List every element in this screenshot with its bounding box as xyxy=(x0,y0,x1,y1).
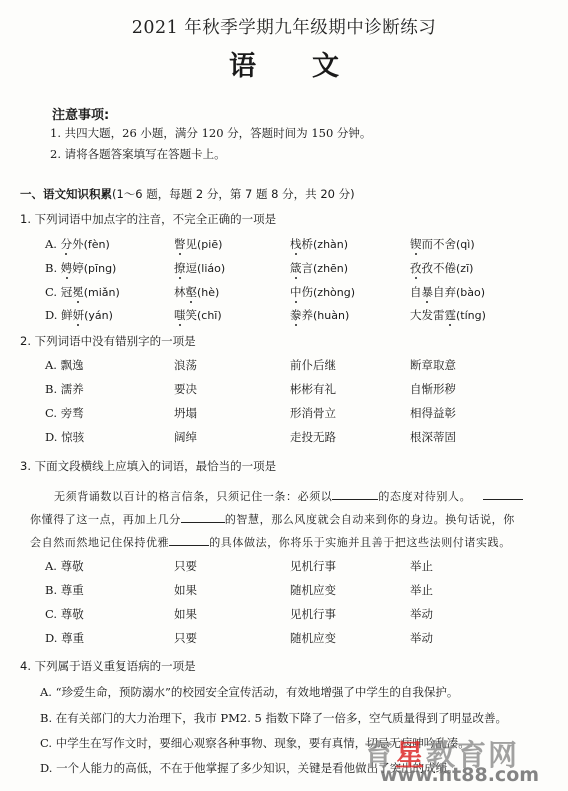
option-cell: 断章取意 xyxy=(410,357,456,373)
answer-blank xyxy=(181,510,225,523)
option-cell: 随机应变 xyxy=(290,582,336,598)
option-word: 如果 xyxy=(174,583,197,597)
pinyin: (liáo) xyxy=(197,262,225,275)
question-3-stem: 3. 下面文段横线上应填入的词语，最恰当的一项是 xyxy=(20,458,276,474)
option-cell: 走投无路 xyxy=(290,429,336,445)
option-label: D. xyxy=(45,430,57,444)
option-word: 举止 xyxy=(410,583,433,597)
option-word: 尊敬 xyxy=(61,559,84,573)
passage-line: 会自然而然地记住保持优雅的具体做法，你将乐于实施并且善于把这些法则付诸实践。 xyxy=(30,533,511,550)
option-cell: 栈桥(zhàn) xyxy=(290,236,348,252)
section-title: 一、语文知识积累 xyxy=(20,187,112,201)
option-word: 旁骛 xyxy=(61,406,84,420)
option-word: 尊敬 xyxy=(61,607,84,621)
option-cell: 锲而不舍(qì) xyxy=(410,236,475,252)
option-cell: C. 冠冕(miǎn) xyxy=(45,284,120,300)
pinyin: (huàn) xyxy=(313,309,349,322)
watermark-url: www.ht88.com xyxy=(380,764,539,786)
q1-option-row: B. 娉婷(pīng)撩逗(liáo)箴言(zhēn)孜孜不倦(zī) xyxy=(0,260,568,280)
option-word: 前仆后继 xyxy=(290,358,336,372)
exam-title: 2021 年秋季学期九年级期中诊断练习 xyxy=(0,14,568,39)
question-4-stem: 4. 下列属于语义重复语病的一项是 xyxy=(20,658,196,674)
pinyin: (piē) xyxy=(197,238,222,251)
option-label: D. xyxy=(45,631,57,645)
option-label: A. xyxy=(45,358,57,372)
option-word: 大发雷霆 xyxy=(410,308,456,322)
option-word: 中伤 xyxy=(290,285,313,299)
pinyin: (qì) xyxy=(456,238,475,251)
pinyin: (fèn) xyxy=(84,238,110,251)
question-2-stem: 2. 下列词语中没有错别字的一项是 xyxy=(20,333,196,349)
option-word: 瞥见 xyxy=(174,237,197,251)
option-word: 锲而不舍 xyxy=(410,237,456,251)
option-cell: D. 鲜妍(yán) xyxy=(45,307,113,323)
pinyin: (bào) xyxy=(456,286,485,299)
option-cell: A. 分外(fèn) xyxy=(45,236,110,252)
option-cell: 举止 xyxy=(410,582,433,598)
option-word: 随机应变 xyxy=(290,583,336,597)
option-cell: B. 尊重 xyxy=(45,582,84,598)
note-item: 1. 共四大题，26 小题，满分 120 分，答题时间为 150 分钟。 xyxy=(50,125,371,141)
option-word: 形消骨立 xyxy=(290,406,336,420)
option-word: 举止 xyxy=(410,559,433,573)
q1-option-row: A. 分外(fèn)瞥见(piē)栈桥(zhàn)锲而不舍(qì) xyxy=(0,236,568,256)
option-cell: 举止 xyxy=(410,558,433,574)
pinyin: (pīng) xyxy=(84,262,117,275)
option-cell: 撩逗(liáo) xyxy=(174,260,225,276)
pinyin: (hè) xyxy=(197,286,219,299)
option-word: 走投无路 xyxy=(290,430,336,444)
option-word: 箴言 xyxy=(290,261,313,275)
option-cell: 随机应变 xyxy=(290,630,336,646)
answer-blank xyxy=(332,487,378,500)
q1-option-row: C. 冠冕(miǎn)林壑(hè)中伤(zhòng)自暴自弃(bào) xyxy=(0,284,568,304)
option-label: B. xyxy=(45,382,57,396)
q2-option-row: B. 濡养要决彬彬有礼自惭形秽 xyxy=(0,381,568,401)
option-word: 撩逗 xyxy=(174,261,197,275)
option-cell: 只要 xyxy=(174,630,197,646)
q3-option-row: C. 尊敬如果见机行事举动 xyxy=(0,606,568,626)
option-label: A. xyxy=(45,237,57,251)
option-word: 阔绰 xyxy=(174,430,197,444)
option-label: B. xyxy=(45,583,57,597)
option-cell: 见机行事 xyxy=(290,606,336,622)
option-word: 栈桥 xyxy=(290,237,313,251)
option-cell: C. 尊敬 xyxy=(45,606,84,622)
option-word: 坍塌 xyxy=(174,406,197,420)
option-word: 浪荡 xyxy=(174,358,197,372)
option-label: C. xyxy=(45,406,57,420)
option-word: 孜孜不倦 xyxy=(410,261,456,275)
option-word: 见机行事 xyxy=(290,607,336,621)
option-cell: 自惭形秽 xyxy=(410,381,456,397)
option-cell: A. 尊敬 xyxy=(45,558,84,574)
option-cell: B. 濡养 xyxy=(45,381,84,397)
option-word: 娉婷 xyxy=(61,261,84,275)
exam-page: 2021 年秋季学期九年级期中诊断练习 语文 注意事项: 1. 共四大题，26 … xyxy=(0,0,568,791)
section-detail: (1～6 题，每题 2 分，第 7 题 8 分，共 20 分) xyxy=(112,187,355,201)
option-cell: 如果 xyxy=(174,582,197,598)
option-word: 彬彬有礼 xyxy=(290,382,336,396)
option-cell: 举动 xyxy=(410,606,433,622)
option-word: 见机行事 xyxy=(290,559,336,573)
passage-line: 你懂得了这一点，再加上几分的智慧，那么风度就会自动来到你的身边。换句话说，你 xyxy=(30,510,515,527)
answer-blank xyxy=(483,487,523,500)
option-cell: 坍塌 xyxy=(174,405,197,421)
subject-title: 语文 xyxy=(0,44,568,83)
pinyin: (miǎn) xyxy=(84,286,120,299)
option-cell: 如果 xyxy=(174,606,197,622)
pinyin: (zhàn) xyxy=(313,238,348,251)
notes-heading: 注意事项: xyxy=(52,104,109,123)
option-cell: 前仆后继 xyxy=(290,357,336,373)
subject-char: 文 xyxy=(312,44,339,83)
option-word: 要决 xyxy=(174,382,197,396)
note-item: 2. 请将各题答案填写在答题卡上。 xyxy=(50,146,226,162)
option-word: 举动 xyxy=(410,607,433,621)
option-label: B. xyxy=(45,261,57,275)
option-word: 惊骇 xyxy=(61,430,84,444)
q2-option-row: C. 旁骛坍塌形消骨立相得益彰 xyxy=(0,405,568,425)
option-word: 冠冕 xyxy=(61,285,84,299)
option-word: 鲜妍 xyxy=(61,308,84,322)
option-cell: 自暴自弃(bào) xyxy=(410,284,485,300)
option-label: C. xyxy=(45,285,57,299)
option-word: 林壑 xyxy=(174,285,197,299)
option-word: 举动 xyxy=(410,631,433,645)
option-word: 相得益彰 xyxy=(410,406,456,420)
option-cell: C. 旁骛 xyxy=(45,405,84,421)
option-word: 自暴自弃 xyxy=(410,285,456,299)
option-cell: 嗤笑(chī) xyxy=(174,307,222,323)
option-cell: 相得益彰 xyxy=(410,405,456,421)
option-word: 嗤笑 xyxy=(174,308,197,322)
option-word: 只要 xyxy=(174,631,197,645)
option-cell: 只要 xyxy=(174,558,197,574)
pinyin: (tíng) xyxy=(456,309,486,322)
pinyin: (zhòng) xyxy=(313,286,355,299)
option-cell: A. 飘逸 xyxy=(45,357,84,373)
option-cell: D. 惊骇 xyxy=(45,429,84,445)
q4-option: A. “珍爱生命，预防溺水”的校园安全宣传活动，有效地增强了中学生的自我保护。 xyxy=(40,684,458,700)
option-cell: 林壑(hè) xyxy=(174,284,219,300)
option-word: 如果 xyxy=(174,607,197,621)
option-word: 尊重 xyxy=(61,631,84,645)
q3-option-row: A. 尊敬只要见机行事举止 xyxy=(0,558,568,578)
pinyin: (chī) xyxy=(197,309,222,322)
section-heading: 一、语文知识积累(1～6 题，每题 2 分，第 7 题 8 分，共 20 分) xyxy=(20,186,355,202)
option-cell: 孜孜不倦(zī) xyxy=(410,260,473,276)
answer-blank xyxy=(169,533,209,546)
option-cell: 大发雷霆(tíng) xyxy=(410,307,486,323)
option-word: 断章取意 xyxy=(410,358,456,372)
option-cell: 阔绰 xyxy=(174,429,197,445)
option-cell: 根深蒂固 xyxy=(410,429,456,445)
option-word: 飘逸 xyxy=(61,358,84,372)
option-cell: 中伤(zhòng) xyxy=(290,284,355,300)
option-word: 濡养 xyxy=(61,382,84,396)
option-cell: 举动 xyxy=(410,630,433,646)
option-word: 豢养 xyxy=(290,308,313,322)
option-word: 根深蒂固 xyxy=(410,430,456,444)
q1-option-row: D. 鲜妍(yán)嗤笑(chī)豢养(huàn)大发雷霆(tíng) xyxy=(0,307,568,327)
pinyin: (zī) xyxy=(456,262,473,275)
option-cell: B. 娉婷(pīng) xyxy=(45,260,116,276)
option-cell: 彬彬有礼 xyxy=(290,381,336,397)
option-word: 尊重 xyxy=(61,583,84,597)
q3-option-row: B. 尊重如果随机应变举止 xyxy=(0,582,568,602)
option-word: 分外 xyxy=(61,237,84,251)
question-1-stem: 1. 下列词语中加点字的注音，不完全正确的一项是 xyxy=(20,211,276,227)
q4-option: B. 在有关部门的大力治理下，我市 PM2. 5 指数下降了一倍多，空气质量得到… xyxy=(40,710,507,726)
option-cell: 形消骨立 xyxy=(290,405,336,421)
passage-line: 无须背诵数以百计的格言信条，只须记住一条：必须以的态度对待别人。 xyxy=(54,487,523,504)
q2-option-row: D. 惊骇阔绰走投无路根深蒂固 xyxy=(0,429,568,449)
option-word: 自惭形秽 xyxy=(410,382,456,396)
option-cell: 瞥见(piē) xyxy=(174,236,222,252)
option-word: 随机应变 xyxy=(290,631,336,645)
pinyin: (zhēn) xyxy=(313,262,348,275)
option-word: 只要 xyxy=(174,559,197,573)
option-label: C. xyxy=(45,607,57,621)
option-cell: 见机行事 xyxy=(290,558,336,574)
q2-option-row: A. 飘逸浪荡前仆后继断章取意 xyxy=(0,357,568,377)
option-cell: D. 尊重 xyxy=(45,630,84,646)
q3-option-row: D. 尊重只要随机应变举动 xyxy=(0,630,568,650)
subject-char: 语 xyxy=(229,44,256,83)
option-cell: 豢养(huàn) xyxy=(290,307,349,323)
pinyin: (yán) xyxy=(84,309,113,322)
option-label: A. xyxy=(45,559,57,573)
option-cell: 要决 xyxy=(174,381,197,397)
option-cell: 箴言(zhēn) xyxy=(290,260,348,276)
option-cell: 浪荡 xyxy=(174,357,197,373)
option-label: D. xyxy=(45,308,57,322)
